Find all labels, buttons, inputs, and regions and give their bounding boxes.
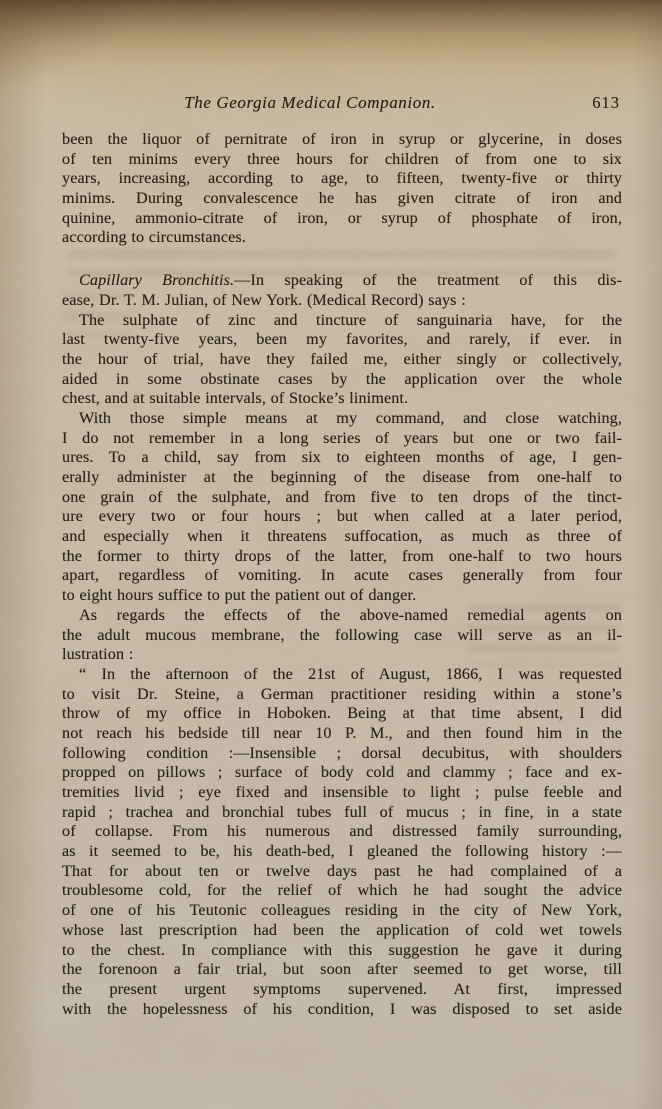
text-line: minims. During convalescence he has give… (62, 189, 622, 209)
text-line: With those simple means at my command, a… (62, 409, 622, 429)
paragraph: been the liquor of pernitrate of iron in… (62, 130, 622, 248)
text-line: lustration : (62, 645, 622, 665)
page-body: been the liquor of pernitrate of iron in… (62, 130, 622, 1019)
text-line: of one of his Teutonic colleagues residi… (62, 901, 622, 921)
section-lead-italic: Capillary Bronchitis. (79, 271, 234, 289)
text-line: ease, Dr. T. M. Julian, of New York. (Me… (62, 291, 622, 311)
paragraph: As regards the effects of the above-name… (62, 606, 622, 665)
text-line: As regards the effects of the above-name… (62, 606, 622, 626)
text-line: ure every two or four hours ; but when c… (62, 507, 622, 527)
text-line: propped on pillows ; surface of body col… (62, 763, 622, 783)
text-line: and especially when it threatens suffoca… (62, 527, 622, 547)
text-line: troublesome cold, for the relief of whic… (62, 881, 622, 901)
text-line: following condition :—Insensible ; dorsa… (62, 744, 622, 764)
text-line: the former to thirty drops of the latter… (62, 547, 622, 567)
text-line: That for about ten or twelve days past h… (62, 862, 622, 882)
text-line: whose last prescription had been the app… (62, 921, 622, 941)
paragraph: The sulphate of zinc and tincture of san… (62, 311, 622, 409)
text-line: chest, and at suitable intervals, of Sto… (62, 389, 622, 409)
text-line: aided in some obstinate cases by the app… (62, 370, 622, 390)
text-line: the adult mucous membrane, the following… (62, 626, 622, 646)
text-line: the forenoon a fair trial, but soon afte… (62, 960, 622, 980)
text-line: to eight hours suffice to put the patien… (62, 586, 622, 606)
text-line: the hour of trial, have they failed me, … (62, 350, 622, 370)
text-line: erally administer at the beginning of th… (62, 468, 622, 488)
text-line: with the hopelessness of his condition, … (62, 1000, 622, 1020)
text-line: been the liquor of pernitrate of iron in… (62, 130, 622, 150)
text-line: apart, regardless of vomiting. In acute … (62, 566, 622, 586)
text-line: of collapse. From his numerous and distr… (62, 822, 622, 842)
text-line: rapid ; trachea and bronchial tubes full… (62, 803, 622, 823)
text-line: not reach his bedside till near 10 P. M.… (62, 724, 622, 744)
text-line: throw of my office in Hoboken. Being at … (62, 704, 622, 724)
paragraph: “ In the afternoon of the 21st of August… (62, 665, 622, 1019)
text-line: the present urgent symptoms supervened. … (62, 980, 622, 1000)
text-line: to the chest. In compliance with this su… (62, 941, 622, 961)
text-line: as it seemed to be, his death-bed, I gle… (62, 842, 622, 862)
page-number: 613 (592, 93, 620, 113)
text-line: I do not remember in a long series of ye… (62, 429, 622, 449)
text-line: last twenty-five years, been my favorite… (62, 330, 622, 350)
text-line: Capillary Bronchitis.—In speaking of the… (62, 271, 622, 291)
paragraph: Capillary Bronchitis.—In speaking of the… (62, 271, 622, 310)
scanned-book-page: The Georgia Medical Companion. 613 been … (0, 0, 662, 1109)
text-line: according to circumstances. (62, 228, 622, 248)
journal-title: The Georgia Medical Companion. (62, 93, 558, 113)
text-line: ures. To a child, say from six to eighte… (62, 448, 622, 468)
text-line: to visit Dr. Steine, a German practition… (62, 685, 622, 705)
text-line: tremities livid ; eye fixed and insensib… (62, 783, 622, 803)
text-line: The sulphate of zinc and tincture of san… (62, 311, 622, 331)
text-line: “ In the afternoon of the 21st of August… (62, 665, 622, 685)
text-line: years, increasing, according to age, to … (62, 169, 622, 189)
text-line: one grain of the sulphate, and from five… (62, 488, 622, 508)
text-line: of ten minims every three hours for chil… (62, 150, 622, 170)
text-line: quinine, ammonio-citrate of iron, or syr… (62, 209, 622, 229)
paragraph: With those simple means at my command, a… (62, 409, 622, 606)
page-header: The Georgia Medical Companion. 613 (62, 93, 622, 115)
